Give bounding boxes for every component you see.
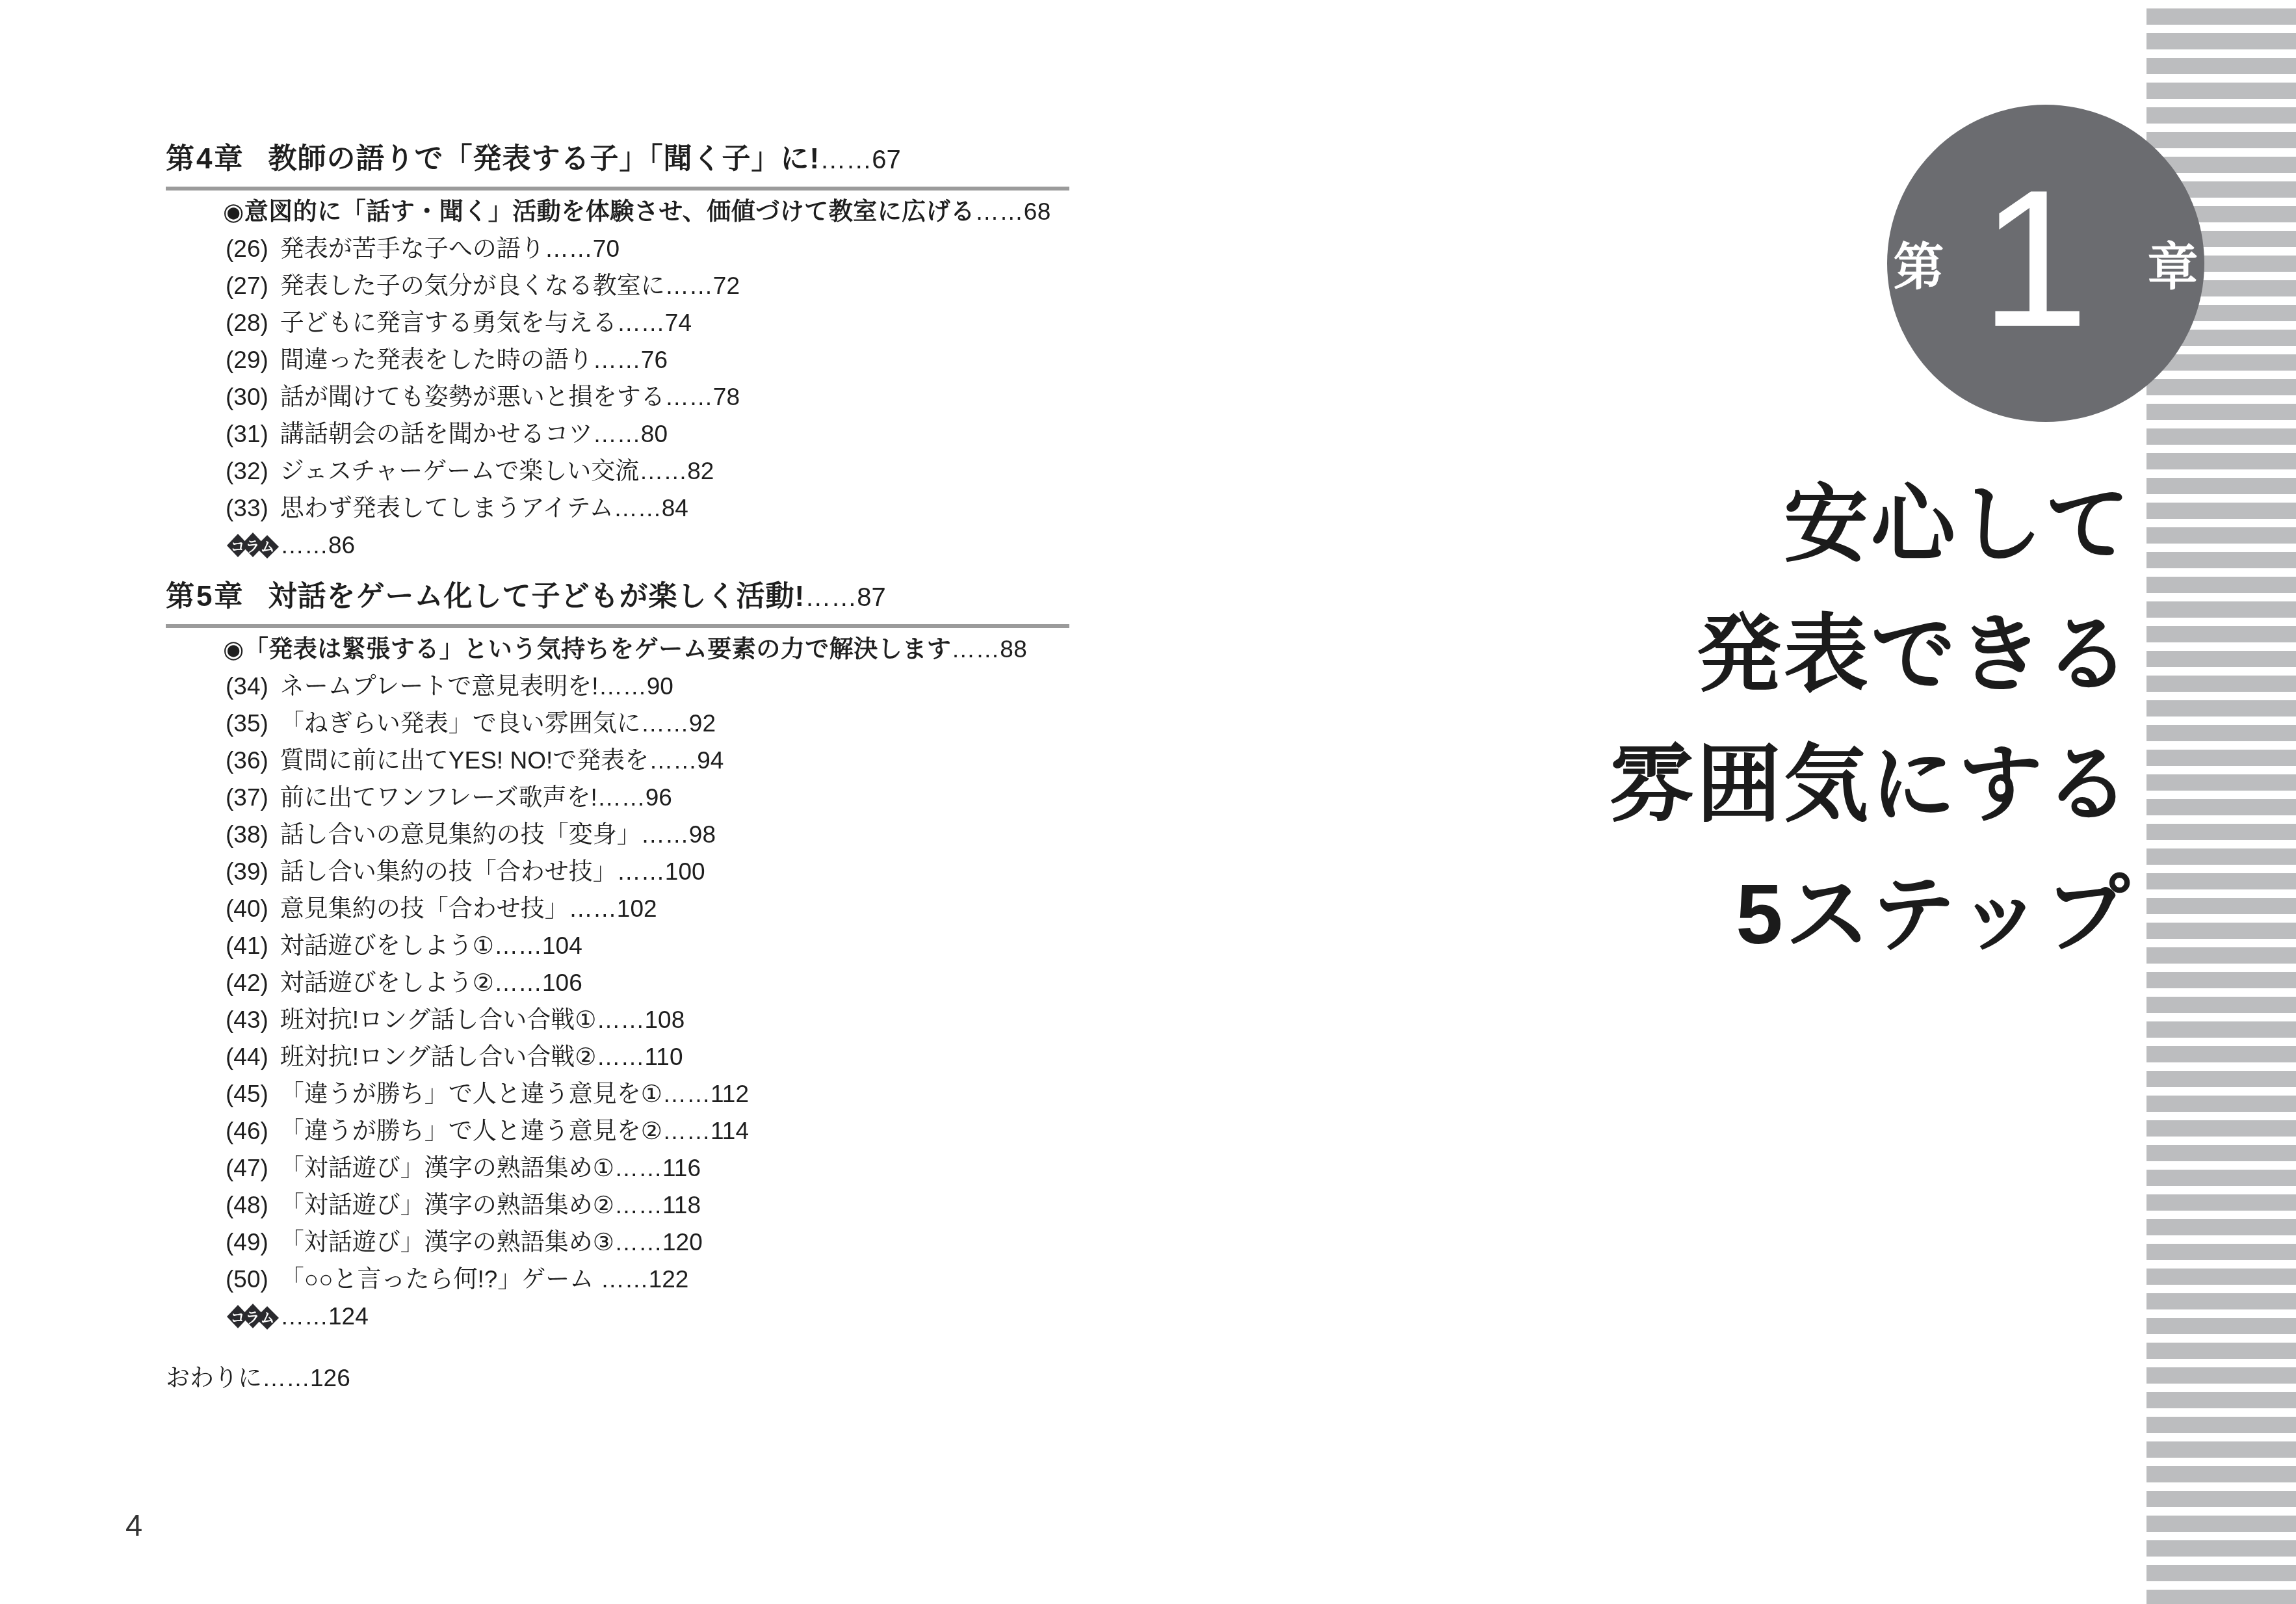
entry-page-number: ……106 — [494, 969, 582, 996]
entry-page-number: ……80 — [593, 421, 668, 447]
toc-entry: (29)間違った発表をした時の語り……76 — [226, 341, 1069, 378]
entry-page-number: ……74 — [617, 309, 692, 336]
toc-entry: (39)話し合い集約の技「合わせ技」……100 — [226, 853, 1069, 890]
entry-number: (40) — [226, 895, 268, 922]
chapter-prefix: 第 — [1894, 227, 1944, 300]
toc-entry: (35)「ねぎらい発表」で良い雰囲気に……92 — [226, 705, 1069, 742]
entry-title: 質問に前に出てYES! NO!で発表を — [280, 747, 649, 774]
toc-entry-list: (26)発表が苦手な子への語り……70 (27)発表した子の気分が良くなる教室に… — [166, 230, 1069, 527]
entry-number: (29) — [226, 347, 268, 373]
toc-chapter-4: 第4章教師の語りで「発表する子」「聞く子」に!……67 ◉意図的に「話す・聞く」… — [166, 140, 1069, 564]
entry-number: (38) — [226, 821, 268, 848]
column-row: コラム ……86 — [226, 527, 1069, 564]
entry-title: 「違うが勝ち」で人と違う意見を① — [280, 1081, 662, 1107]
toc-entry: (50)「○○と言ったら何!?」ゲーム ……122 — [226, 1261, 1069, 1298]
entry-number: (33) — [226, 495, 268, 521]
entry-title: 班対抗!ロング話し合い合戦② — [280, 1044, 597, 1070]
entry-number: (28) — [226, 309, 268, 336]
toc-entry: (34)ネームプレートで意見表明を!……90 — [226, 668, 1069, 705]
ending-page-number: ……126 — [262, 1365, 350, 1391]
entry-page-number: ……84 — [614, 495, 688, 521]
entry-title: ジェスチャーゲームで楽しい交流 — [280, 458, 639, 484]
entry-page-number: ……76 — [593, 347, 668, 373]
toc-entry: (41)対話遊びをしよう①……104 — [226, 927, 1069, 964]
entry-page-number: ……90 — [599, 673, 673, 700]
chapter-title-line: 安心して — [1610, 459, 2132, 589]
toc-entry: (47)「対話遊び」漢字の熟語集め①……116 — [226, 1150, 1069, 1187]
entry-title: 「○○と言ったら何!?」ゲーム — [280, 1266, 594, 1293]
column-page-number: ……124 — [280, 1303, 369, 1330]
chapter-page-number: ……87 — [805, 583, 886, 612]
toc-entry-list: (34)ネームプレートで意見表明を!……90 (35)「ねぎらい発表」で良い雰囲… — [166, 668, 1069, 1298]
page-number: 4 — [125, 1507, 142, 1543]
column-badge-label: コラム — [231, 538, 276, 554]
entry-title: 「ねぎらい発表」で良い雰囲気に — [280, 710, 641, 737]
entry-page-number: ……110 — [597, 1044, 683, 1070]
entry-title: ネームプレートで意見表明を! — [280, 673, 599, 700]
entry-number: (27) — [226, 272, 268, 299]
entry-number: (30) — [226, 384, 268, 410]
column-page-number: ……86 — [280, 532, 355, 559]
chapter-title: 教師の語りで「発表する子」「聞く子」に! — [268, 143, 820, 175]
chapter-title-line: 5ステップ — [1610, 849, 2132, 979]
entry-number: (48) — [226, 1192, 268, 1218]
book-spread: 第4章教師の語りで「発表する子」「聞く子」に!……67 ◉意図的に「話す・聞く」… — [0, 0, 2296, 1604]
toc-entry: (43)班対抗!ロング話し合い合戦①……108 — [226, 1001, 1069, 1038]
toc-entry: (27)発表した子の気分が良くなる教室に……72 — [226, 267, 1069, 304]
column-row: コラム ……124 — [226, 1298, 1069, 1335]
toc-entry: (31)講話朝会の話を聞かせるコツ……80 — [226, 415, 1069, 453]
entry-page-number: ……94 — [649, 747, 724, 774]
column-badge-icon: コラム — [226, 532, 280, 559]
toc-entry: (46)「違うが勝ち」で人と違う意見を②……114 — [226, 1112, 1069, 1150]
ending-entry: おわりに……126 — [166, 1360, 1069, 1397]
chapter-lead-item: ◉「発表は緊張する」という気持ちをゲーム要素の力で解決します……88 — [223, 631, 1069, 668]
entry-number: (45) — [226, 1081, 268, 1107]
toc-chapter-5: 第5章対話をゲーム化して子どもが楽しく活動!……87 ◉「発表は緊張する」という… — [166, 578, 1069, 1335]
chapter-title-line: 雰囲気にする — [1610, 719, 2132, 849]
entry-number: (43) — [226, 1006, 268, 1033]
entry-page-number: ……104 — [494, 932, 582, 959]
entry-page-number: ……92 — [641, 710, 716, 737]
chapter-heading: 第4章教師の語りで「発表する子」「聞く子」に!……67 — [166, 140, 1069, 179]
lead-page-number: ……88 — [951, 636, 1027, 663]
toc-entry: (45)「違うが勝ち」で人と違う意見を①……112 — [226, 1075, 1069, 1112]
entry-title: 意見集約の技「合わせ技」 — [280, 895, 569, 922]
entry-page-number: ……120 — [614, 1229, 703, 1256]
toc-entry: (40)意見集約の技「合わせ技」……102 — [226, 890, 1069, 927]
toc-entry: (37)前に出てワンフレーズ歌声を!……96 — [226, 779, 1069, 816]
entry-title: 「違うが勝ち」で人と違う意見を② — [280, 1118, 662, 1144]
entry-number: (35) — [226, 710, 268, 737]
heading-rule — [166, 187, 1069, 191]
entry-number: (44) — [226, 1044, 268, 1070]
chapter-heading: 第5章対話をゲーム化して子どもが楽しく活動!……87 — [166, 578, 1069, 616]
lead-text: ◉「発表は緊張する」という気持ちをゲーム要素の力で解決します — [223, 636, 951, 663]
toc-entry: (30)話が聞けても姿勢が悪いと損をする……78 — [226, 378, 1069, 415]
chapter-number: 1 — [1981, 161, 2089, 356]
entry-title: 前に出てワンフレーズ歌声を! — [280, 784, 597, 811]
toc-entry: (33)思わず発表してしまうアイテム……84 — [226, 490, 1069, 527]
entry-number: (34) — [226, 673, 268, 700]
toc-entry: (49)「対話遊び」漢字の熟語集め③……120 — [226, 1224, 1069, 1261]
toc-entry: (26)発表が苦手な子への語り……70 — [226, 230, 1069, 267]
entry-title: 「対話遊び」漢字の熟語集め③ — [280, 1229, 614, 1256]
entry-page-number: ……112 — [662, 1081, 749, 1107]
entry-title: 話し合いの意見集約の技「変身」 — [280, 821, 641, 848]
toc-entry: (44)班対抗!ロング話し合い合戦②……110 — [226, 1038, 1069, 1075]
entry-title: 講話朝会の話を聞かせるコツ — [280, 421, 593, 447]
entry-number: (32) — [226, 458, 268, 484]
entry-number: (31) — [226, 421, 268, 447]
entry-number: (49) — [226, 1229, 268, 1256]
entry-number: (47) — [226, 1155, 268, 1181]
chapter-number-circle: 第 1 章 — [1887, 105, 2204, 422]
ending-label: おわりに — [166, 1365, 262, 1391]
entry-page-number: ……96 — [597, 784, 672, 811]
heading-rule — [166, 624, 1069, 628]
entry-page-number: ……116 — [614, 1155, 701, 1181]
entry-page-number: ……108 — [597, 1006, 685, 1033]
entry-title: 対話遊びをしよう② — [280, 969, 494, 996]
entry-page-number: ……72 — [665, 272, 740, 299]
chapter-suffix: 章 — [2147, 227, 2198, 300]
entry-number: (36) — [226, 747, 268, 774]
entry-title: 子どもに発言する勇気を与える — [280, 309, 617, 336]
column-badge-label: コラム — [231, 1309, 276, 1325]
entry-title: 思わず発表してしまうアイテム — [280, 495, 614, 521]
lead-page-number: ……68 — [975, 198, 1051, 225]
entry-page-number: ……78 — [665, 384, 740, 410]
chapter-title: 対話をゲーム化して子どもが楽しく活動! — [268, 581, 805, 612]
entry-title: 対話遊びをしよう① — [280, 932, 494, 959]
entry-number: (42) — [226, 969, 268, 996]
lead-text: ◉意図的に「話す・聞く」活動を体験させ、価値づけて教室に広げる — [223, 198, 975, 225]
chapter-lead-item: ◉意図的に「話す・聞く」活動を体験させ、価値づけて教室に広げる……68 — [223, 193, 1069, 230]
entry-page-number: ……118 — [614, 1192, 701, 1218]
entry-title: 「対話遊び」漢字の熟語集め① — [280, 1155, 614, 1181]
entry-title: 発表が苦手な子への語り — [280, 235, 545, 262]
chapter-title-line: 発表できる — [1610, 589, 2132, 719]
entry-page-number: ……114 — [662, 1118, 749, 1144]
column-badge-icon: コラム — [226, 1303, 280, 1330]
entry-page-number: ……82 — [639, 458, 714, 484]
entry-title: 話し合い集約の技「合わせ技」 — [280, 858, 617, 885]
chapter-page-number: ……67 — [820, 146, 901, 174]
toc-entry: (38)話し合いの意見集約の技「変身」……98 — [226, 816, 1069, 853]
entry-title: 話が聞けても姿勢が悪いと損をする — [280, 384, 665, 410]
toc-entry: (28)子どもに発言する勇気を与える……74 — [226, 304, 1069, 341]
entry-number: (37) — [226, 784, 268, 811]
entry-number: (50) — [226, 1266, 268, 1293]
entry-number: (26) — [226, 235, 268, 262]
entry-title: 発表した子の気分が良くなる教室に — [280, 272, 665, 299]
entry-page-number: ……100 — [617, 858, 705, 885]
entry-page-number: ……98 — [641, 821, 716, 848]
entry-title: 「対話遊び」漢字の熟語集め② — [280, 1192, 614, 1218]
entry-number: (46) — [226, 1118, 268, 1144]
entry-page-number: ……70 — [545, 235, 620, 262]
entry-page-number: ……122 — [594, 1266, 688, 1293]
toc-entry: (48)「対話遊び」漢字の熟語集め②……118 — [226, 1187, 1069, 1224]
toc-entry: (32)ジェスチャーゲームで楽しい交流……82 — [226, 453, 1069, 490]
entry-title: 班対抗!ロング話し合い合戦① — [280, 1006, 597, 1033]
toc-entry: (36)質問に前に出てYES! NO!で発表を……94 — [226, 742, 1069, 779]
chapter-title-block: 安心して 発表できる 雰囲気にする 5ステップ — [1610, 459, 2132, 979]
entry-number: (41) — [226, 932, 268, 959]
chapter-label: 第5章 — [166, 581, 244, 612]
chapter-label: 第4章 — [166, 143, 244, 175]
entry-title: 間違った発表をした時の語り — [280, 347, 593, 373]
toc-entry: (42)対話遊びをしよう②……106 — [226, 964, 1069, 1001]
entry-page-number: ……102 — [569, 895, 657, 922]
entry-number: (39) — [226, 858, 268, 885]
toc-page: 第4章教師の語りで「発表する子」「聞く子」に!……67 ◉意図的に「話す・聞く」… — [166, 140, 1069, 1397]
